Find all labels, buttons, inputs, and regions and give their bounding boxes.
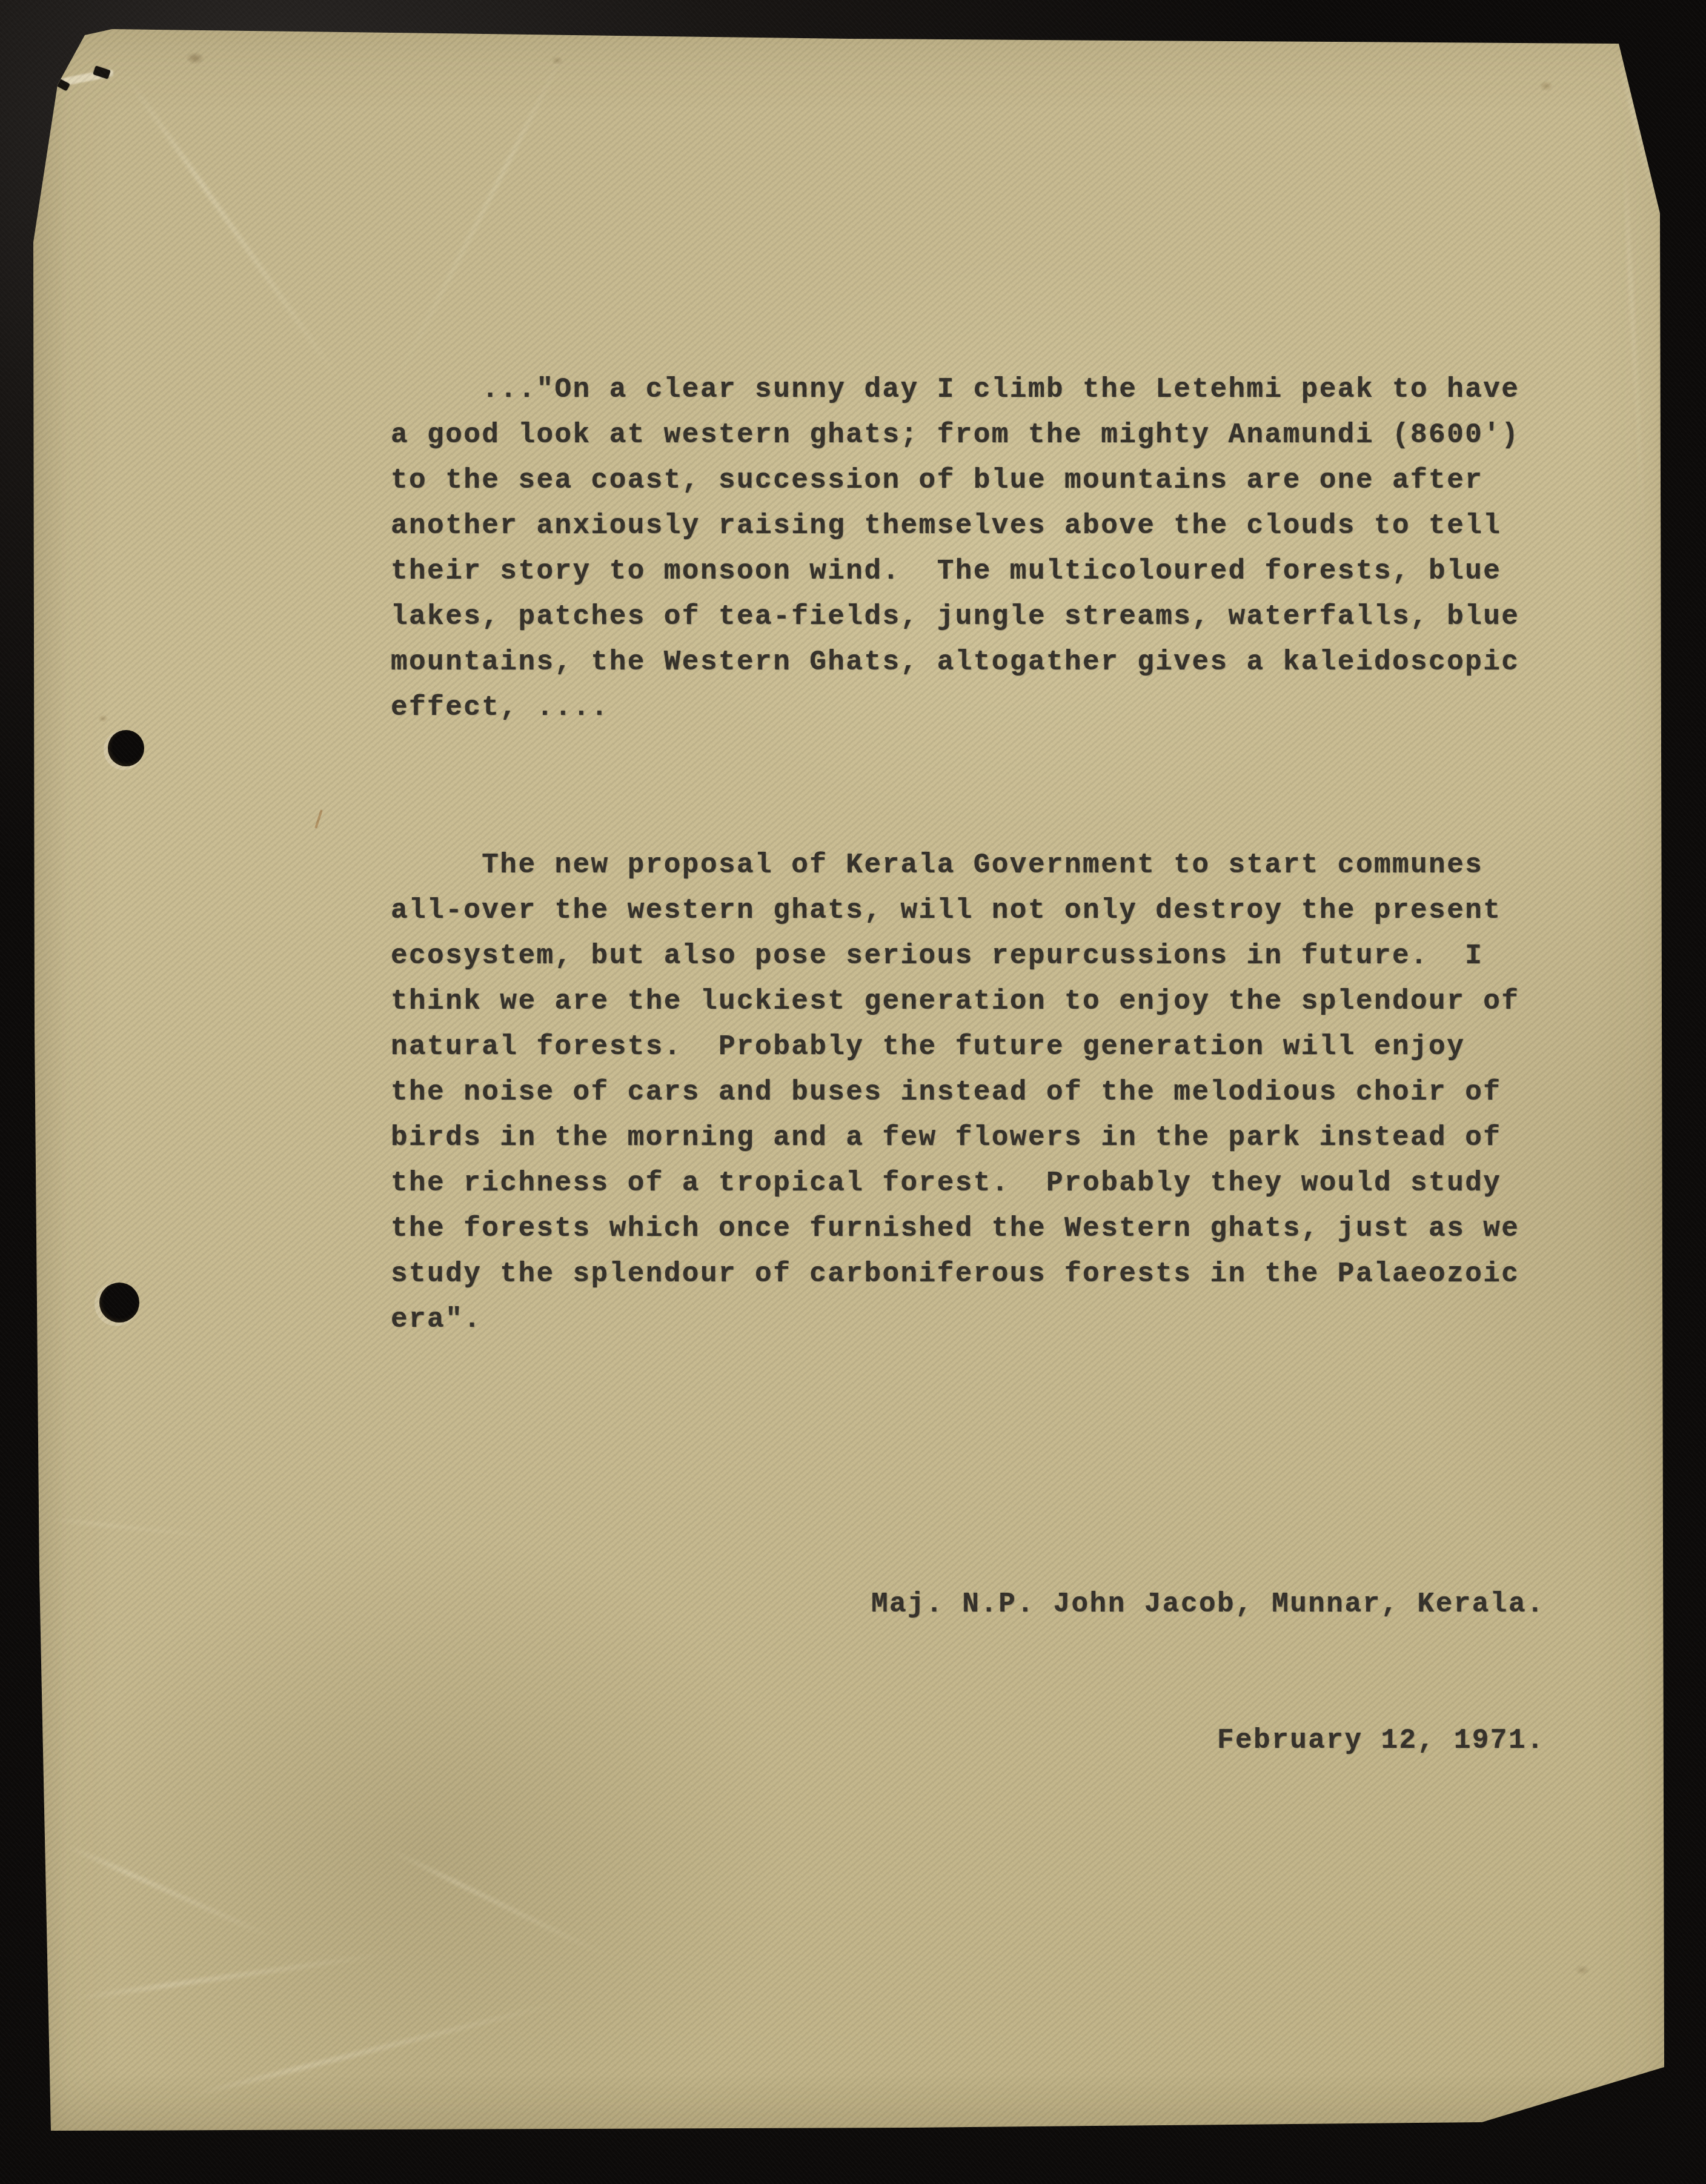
text-line: mountains, the Western Ghats, altogather… — [391, 640, 1545, 685]
text-line: ..."On a clear sunny day I climb the Let… — [391, 367, 1545, 413]
text-line: another anxiously raising themselves abo… — [391, 503, 1545, 549]
paper-crease — [1616, 50, 1661, 221]
scanner-background: ..."On a clear sunny day I climb the Let… — [0, 0, 1706, 2184]
text-line: effect, .... — [391, 685, 1545, 731]
text-line: era". — [391, 1297, 1545, 1343]
text-line: ecosystem, but also pose serious repurcu… — [391, 934, 1545, 979]
punch-hole — [99, 1283, 139, 1323]
paper-crease — [187, 2001, 564, 2098]
signature-author: Maj. N.P. John Jacob, Munnar, Kerala. — [391, 1582, 1545, 1627]
letter-text: ..."On a clear sunny day I climb the Let… — [391, 276, 1545, 1945]
text-line: a good look at western ghats; from the m… — [391, 413, 1545, 458]
text-line: The new proposal of Kerala Government to… — [391, 843, 1545, 888]
signature-block: Maj. N.P. John Jacob, Munnar, Kerala. Fe… — [391, 1491, 1545, 1854]
text-line: lakes, patches of tea-fields, jungle str… — [391, 594, 1545, 640]
signature-date: February 12, 1971. — [391, 1718, 1545, 1764]
paragraph-1: ..."On a clear sunny day I climb the Let… — [391, 367, 1545, 731]
punch-hole — [108, 730, 144, 766]
text-line: all-over the western ghats, will not onl… — [391, 888, 1545, 934]
text-line: the richness of a tropical forest. Proba… — [391, 1161, 1545, 1206]
text-line: study the splendour of carboniferous for… — [391, 1252, 1545, 1297]
text-line: the noise of cars and buses instead of t… — [391, 1070, 1545, 1115]
text-line: the forests which once furnished the Wes… — [391, 1206, 1545, 1252]
text-line: birds in the morning and a few flowers i… — [391, 1115, 1545, 1161]
margin-tick — [314, 809, 323, 829]
paper-crease — [43, 1517, 224, 1538]
paragraph-2: The new proposal of Kerala Government to… — [391, 843, 1545, 1343]
paper-sheet: ..."On a clear sunny day I climb the Let… — [0, 0, 1706, 2184]
paper-crease — [1622, 133, 1647, 557]
paper-crease — [74, 1953, 387, 2000]
text-line: think we are the luckiest generation to … — [391, 979, 1545, 1024]
paper-crease — [124, 74, 342, 383]
text-line: natural forests. Probably the future gen… — [391, 1024, 1545, 1070]
paper-crease — [64, 1844, 275, 1940]
text-line: their story to monsoon wind. The multico… — [391, 549, 1545, 594]
text-line: to the sea coast, succession of blue mou… — [391, 458, 1545, 503]
